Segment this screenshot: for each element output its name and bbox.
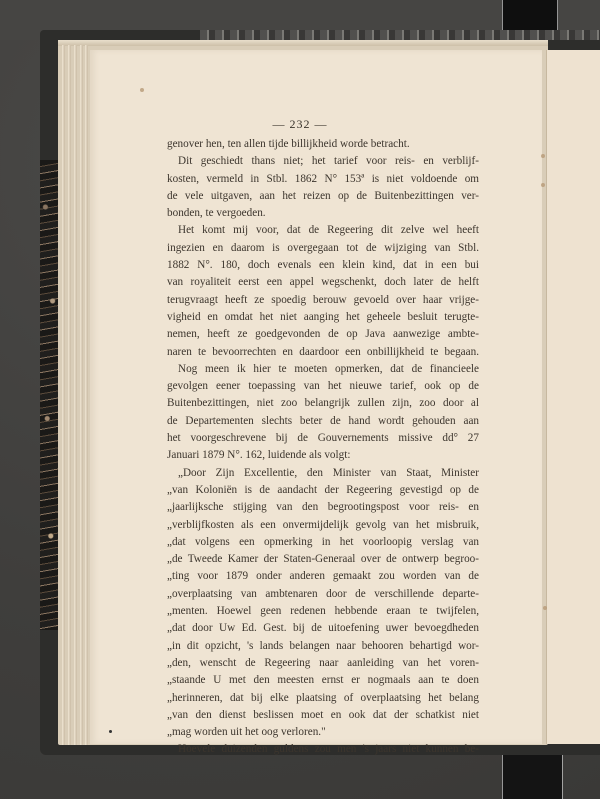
page-speck <box>109 730 112 733</box>
text-line: „van Koloniën is de aandacht der Regeeri… <box>167 482 479 499</box>
page-number: — 232 — <box>0 117 600 132</box>
text-line: „verblijfkosten als een onvermijdelijk g… <box>167 517 479 534</box>
text-line: Dit geschiedt thans niet; het tarief voo… <box>167 153 479 170</box>
text-line: het voorgeschrevene bij de Gouvernements… <box>167 430 479 447</box>
facing-page <box>546 50 600 744</box>
gap-edge-line <box>502 0 503 34</box>
text-line: vigheid en omdat het niet aanging het ge… <box>167 309 479 326</box>
text-line: bonden, te vergoeden. <box>167 205 479 222</box>
page-edge <box>80 45 83 745</box>
page-top-edge <box>58 40 548 46</box>
text-line: terugvraagt heeft ze spoedig berouw gevo… <box>167 292 479 309</box>
text-line: naren te bevoorrechten en daardoor een o… <box>167 344 479 361</box>
text-line: van royaliteit eerst een appel wegschenk… <box>167 274 479 291</box>
text-line: 1882 N°. 180, doch evenals een klein kin… <box>167 257 479 274</box>
text-line: Nog meen ik hier te moeten opmerken, dat… <box>167 361 479 378</box>
text-line: kosten, vermeld in Stbl. 1862 N° 153ª is… <box>167 171 479 188</box>
text-line: „dat volgens een opmerking in het voorlo… <box>167 534 479 551</box>
text-line: „de Tweede Kamer der Staten-Generaal ove… <box>167 551 479 568</box>
paper-stain <box>541 154 545 158</box>
text-line: „Door Zijn Excellentie, den Minister van… <box>167 465 479 482</box>
text-line: „den, wenscht de Regeering naar aanleidi… <box>167 655 479 672</box>
text-line: nemen, heeft ze goedgevonden de op Java … <box>167 326 479 343</box>
text-line: ingezien en daarom is overgegaan tot de … <box>167 240 479 257</box>
text-line: de Departementen slechts beter de hand w… <box>167 413 479 430</box>
page-edge <box>74 45 77 745</box>
torn-binding-edge <box>200 30 600 40</box>
text-line: „mag worden uit het oog verloren." <box>167 724 479 741</box>
body-text: genover hen, ten allen tijde billijkheid… <box>167 136 479 759</box>
paper-stain <box>541 183 545 187</box>
text-line: Hoevele duizenden guldens zou men 's jaa… <box>167 741 479 758</box>
text-line: „ting voor 1879 onder anderen gemaakt zo… <box>167 568 479 585</box>
text-line: „in dit opzicht, 's lands belangen naar … <box>167 638 479 655</box>
text-line: „jaarlijksche stijging van den begrootin… <box>167 499 479 516</box>
text-line: Buitenbezittingen, niet zoo belangrijk z… <box>167 395 479 412</box>
page-edge <box>62 45 65 745</box>
text-line: „herinneren, dat bij elke plaatsing of o… <box>167 690 479 707</box>
paper-stain <box>140 88 144 92</box>
text-line: genover hen, ten allen tijde billijkheid… <box>167 136 479 153</box>
text-line: „dat door Uw Ed. Gest. bij de uitoefenin… <box>167 620 479 637</box>
paper-stain <box>543 606 547 610</box>
text-line: „overplaatsing van ambtenaren door de ve… <box>167 586 479 603</box>
text-line: de vele uitgaven, aan het reizen op de B… <box>167 188 479 205</box>
text-line: „van den dienst beslissen moet en ook da… <box>167 707 479 724</box>
text-line: Januari 1879 N°. 162, luidende als volgt… <box>167 447 479 464</box>
page-edge <box>85 45 88 745</box>
dark-gap-top <box>502 0 558 34</box>
text-line: „staande U met den meesten ernst er nogm… <box>167 672 479 689</box>
text-line: gevolgen eener toepassing van het nieuwe… <box>167 378 479 395</box>
page-edge <box>68 45 71 745</box>
gap-edge-line <box>557 0 558 34</box>
dark-gap-bottom <box>502 752 562 799</box>
gap-edge-line <box>502 752 503 799</box>
text-line: Het komt mij voor, dat de Regeering dit … <box>167 222 479 239</box>
gap-edge-line <box>562 752 563 799</box>
marbled-edge <box>40 160 58 630</box>
text-line: „menten. Hoewel geen redenen hebbende er… <box>167 603 479 620</box>
